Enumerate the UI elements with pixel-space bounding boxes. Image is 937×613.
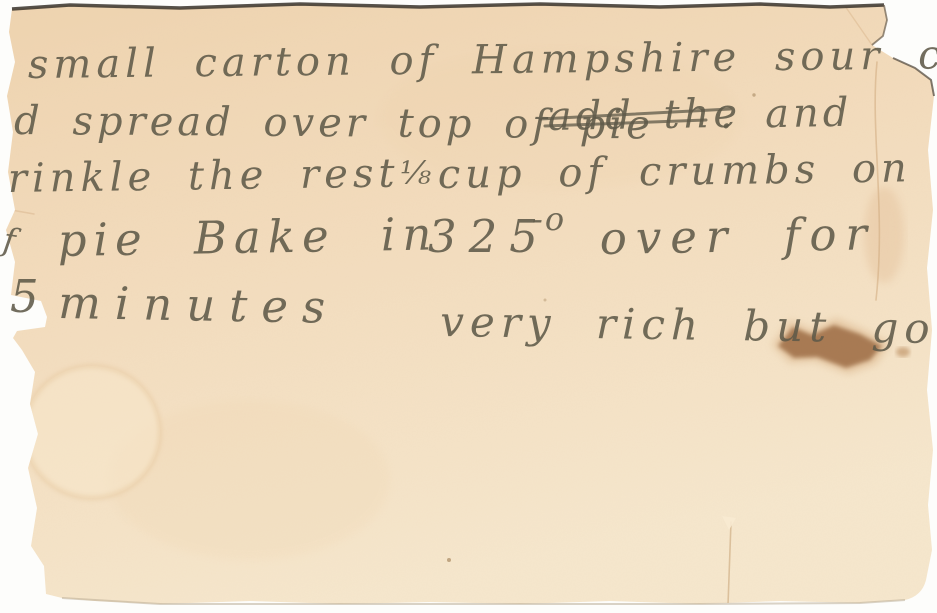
handwriting-line-5-post: very rich but good	[440, 297, 937, 354]
handwriting-line-5-lead: 5	[10, 270, 41, 323]
handwriting-line-3-post: cup of crumbs on top	[437, 144, 937, 198]
handwriting: small carton of Hampshire sour cream d s…	[0, 31, 937, 354]
handwriting-fraction: ⅛	[400, 154, 431, 192]
handwriting-line-2-struck: add the	[547, 91, 741, 140]
handwriting-line-2-post: . and	[719, 90, 852, 138]
recipe-card-canvas: small carton of Hampshire sour cream d s…	[0, 0, 937, 613]
handwriting-line-1: small carton of Hampshire sour cream	[28, 31, 937, 88]
handwriting-line-3-pre: rinkle the rest	[7, 151, 399, 202]
handwriting-line-4-post: over for	[599, 207, 876, 265]
handwriting-degree-mark: -o	[532, 200, 566, 238]
speck	[447, 558, 451, 562]
scanned-recipe-card-image: small carton of Hampshire sour cream d s…	[0, 0, 937, 613]
handwriting-line-4-pre: pie Bake in	[57, 207, 438, 267]
handwriting-line-5-pre: minutes	[58, 276, 340, 334]
